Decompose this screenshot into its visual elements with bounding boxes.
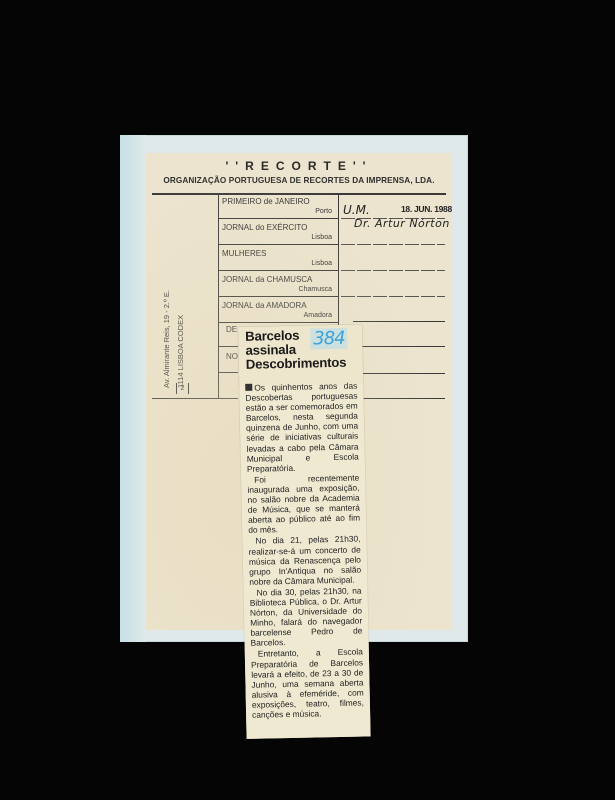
publication-name: JORNAL do EXÉRCITO	[222, 223, 307, 232]
publication-city: Lisboa	[311, 260, 332, 267]
fill-line	[353, 321, 445, 322]
fill-line	[353, 373, 445, 374]
row-rule	[218, 346, 238, 347]
fill-line	[341, 296, 445, 297]
row-rule	[218, 218, 338, 219]
row-rule	[218, 296, 338, 297]
article-paragraph: Foi recentemente inaugurada uma exposiçã…	[247, 472, 360, 535]
fill-line	[341, 270, 445, 271]
article-paragraph: Os quinhentos anos das Descobertas portu…	[245, 381, 359, 474]
publication-city: Lisboa	[311, 234, 332, 241]
fill-line	[353, 398, 445, 399]
date-stamp: 18. JUN. 1988	[401, 204, 452, 214]
form-title: ''RECORTE''	[146, 159, 452, 173]
address-line-1: Av. Almirante Reis, 19 - 2.º E.	[160, 290, 174, 388]
article-paragraph: No dia 30, pelas 21h30, na Biblioteca Pú…	[249, 585, 362, 648]
paragraph-marker-icon	[245, 384, 252, 391]
article-paragraph: No dia 21, pelas 21h30, realizar-se-á um…	[248, 534, 361, 587]
page-number-box: 2	[176, 383, 189, 394]
fill-line	[353, 346, 445, 347]
article-paragraph: Entretanto, a Escola Preparatória de Bar…	[251, 647, 364, 720]
handwritten-number: 384	[310, 328, 348, 350]
row-rule	[218, 322, 338, 323]
address-line-2: 1114 LISBOA CODEX	[174, 290, 188, 388]
headline-line-3: Descobrimentos	[246, 356, 347, 372]
handwritten-initials: U.M.	[343, 203, 370, 217]
publication-city: Chamusca	[299, 286, 332, 293]
publication-name: PRIMEIRO de JANEIRO	[222, 197, 310, 206]
handwritten-name: Dr. Artur Nórton	[354, 217, 450, 230]
paragraph-text: Os quinhentos anos das Descobertas portu…	[245, 381, 358, 474]
clipping-article-text: Os quinhentos anos das Descobertas portu…	[245, 381, 364, 721]
row-rule	[218, 270, 338, 271]
row-label-de: DE	[226, 325, 237, 334]
column-divider-right	[338, 193, 339, 335]
publication-name: MULHERES	[222, 249, 266, 258]
publication-name: JORNAL da CHAMUSCA	[222, 275, 312, 284]
publication-city: Amadora	[304, 312, 332, 319]
row-rule	[218, 244, 338, 245]
newspaper-clipping: Barcelos assinala Descobrimentos 384 Os …	[238, 324, 371, 739]
bottom-rule	[152, 398, 238, 399]
row-label-no: NO	[226, 352, 238, 361]
form-subtitle: ORGANIZAÇÃO PORTUGUESA DE RECORTES DA IM…	[146, 176, 452, 185]
publication-name: JORNAL da AMADORA	[222, 301, 307, 310]
fill-line	[341, 244, 445, 245]
row-rule	[218, 372, 238, 373]
header-rule	[152, 193, 446, 195]
publication-city: Porto	[315, 208, 332, 215]
card-edge-tint	[120, 135, 146, 642]
agency-address: Av. Almirante Reis, 19 - 2.º E. 1114 LIS…	[160, 290, 188, 388]
